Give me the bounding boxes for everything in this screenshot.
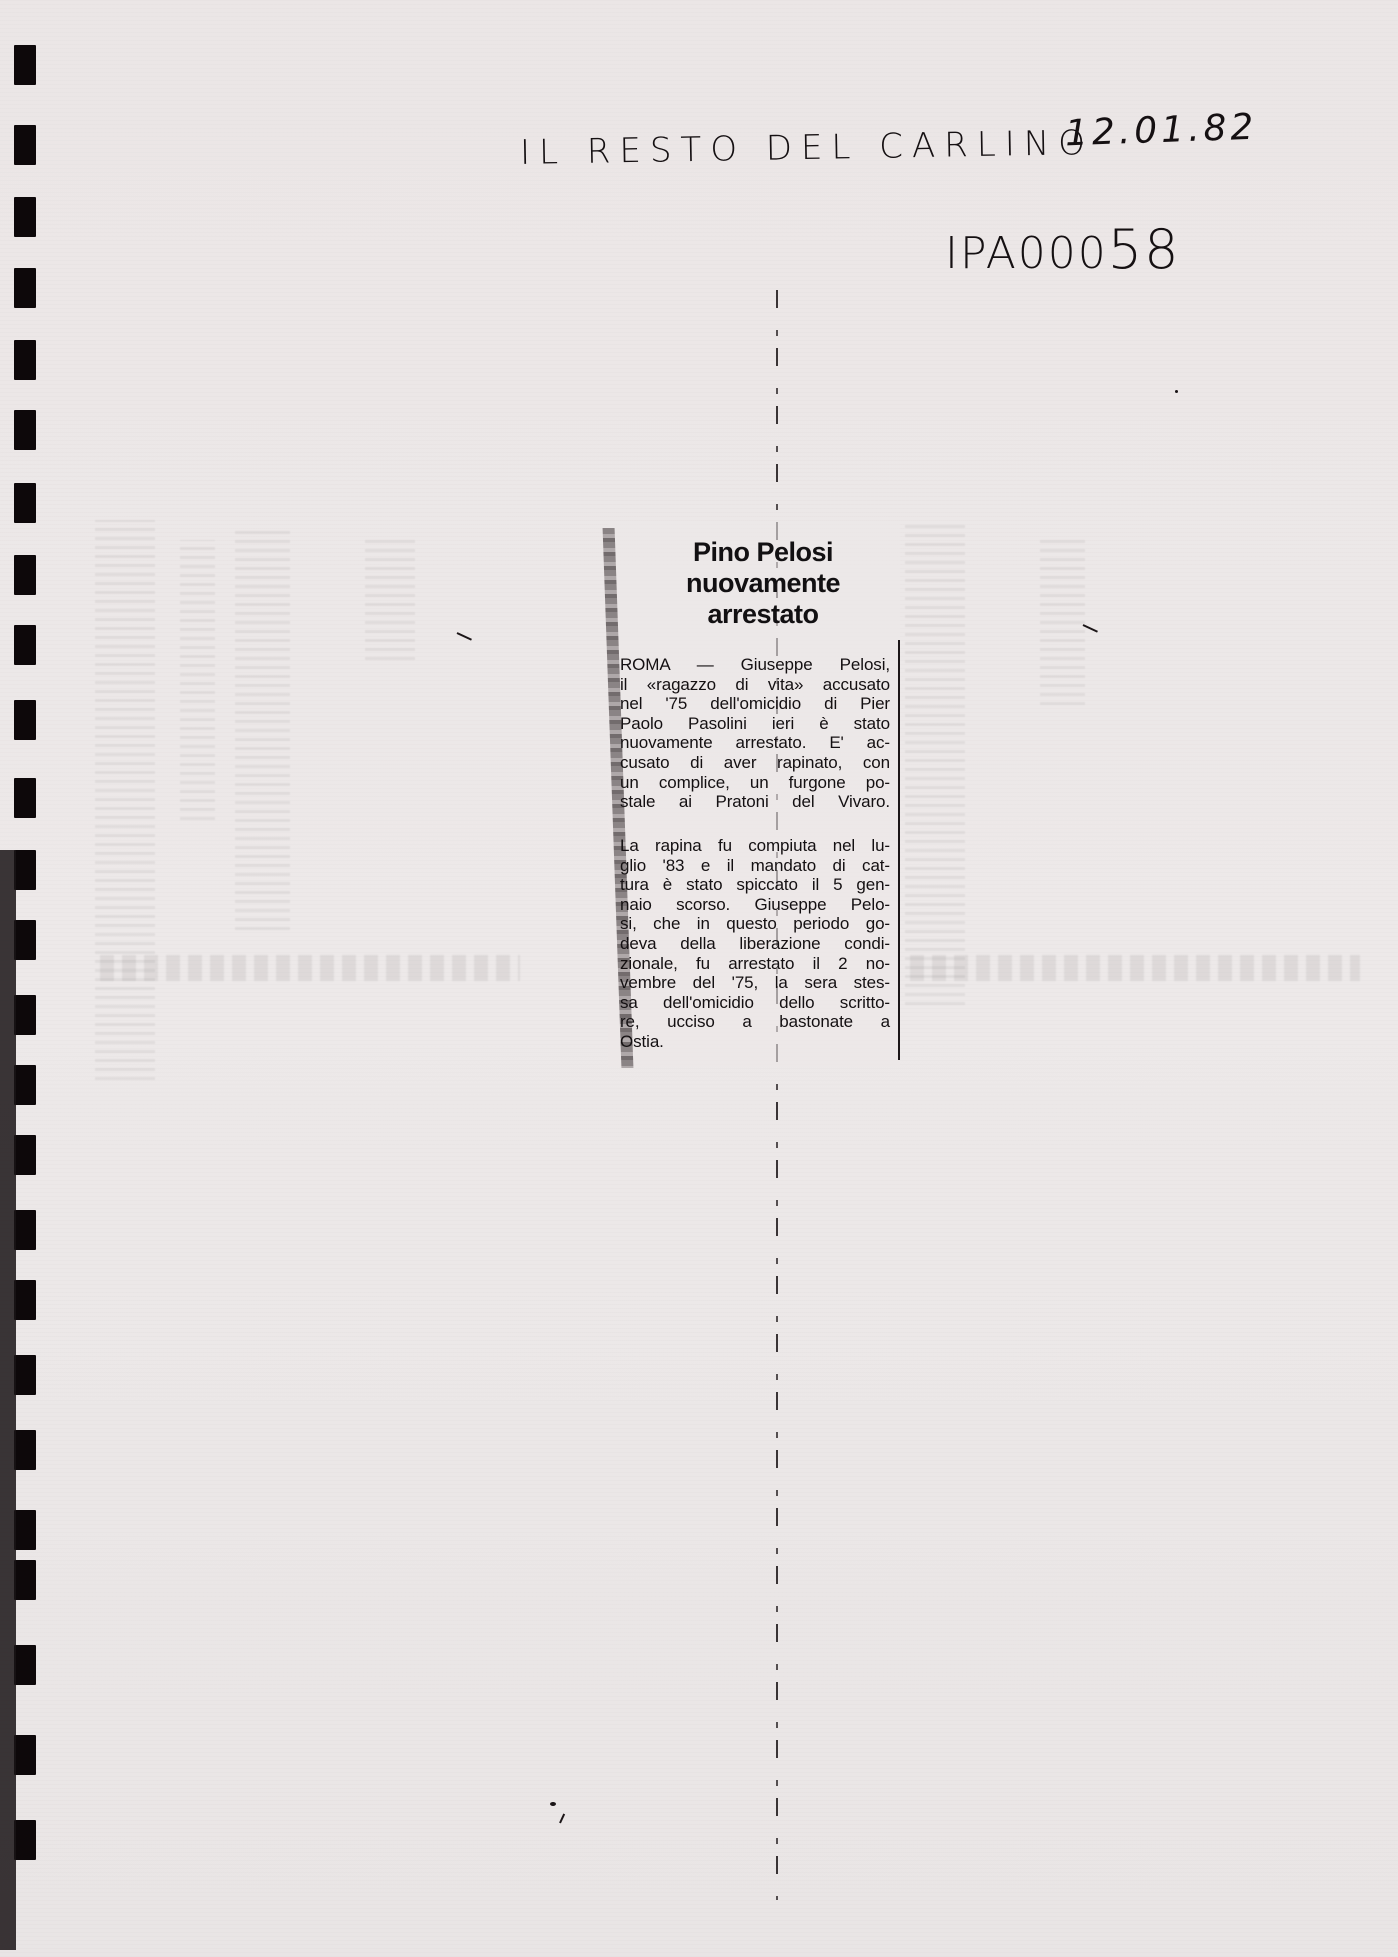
handwritten-publication-name: IL RESTO DEL CARLINO <box>520 123 1095 173</box>
spiral-binding-holes <box>0 0 40 1957</box>
stray-mark <box>559 1814 565 1824</box>
bleed-through-row <box>910 955 1360 981</box>
bleed-through-row <box>100 955 520 981</box>
handwritten-reference-code: IPA00058 <box>945 218 1181 281</box>
clipping-paragraph-1: ROMA — Giuseppe Pelosi, il «ragazzo di v… <box>620 655 890 812</box>
clipping-headline: Pino Pelosi nuovamente arrestato <box>638 537 888 630</box>
handwritten-date: 12.01.82 <box>1064 107 1258 155</box>
ink-speck <box>1175 390 1178 393</box>
reference-code-prefix: IPA000 <box>945 228 1108 279</box>
reference-code-suffix: 58 <box>1108 218 1181 281</box>
bleed-through-column <box>905 525 965 1005</box>
bleed-through-column <box>95 520 155 1080</box>
bleed-through-column <box>365 540 415 660</box>
clipping-paragraph-2: La rapina fu compiuta nel lu- glio '83 e… <box>620 836 890 1052</box>
stray-mark <box>457 632 472 641</box>
ink-speck <box>550 1802 556 1806</box>
bleed-through-column <box>1040 535 1085 705</box>
clipping-column-rule <box>898 640 900 1060</box>
scanned-page: IL RESTO DEL CARLINO 12.01.82 IPA00058 P… <box>0 0 1398 1957</box>
bleed-through-column <box>180 540 215 820</box>
bleed-through-column <box>235 530 290 930</box>
